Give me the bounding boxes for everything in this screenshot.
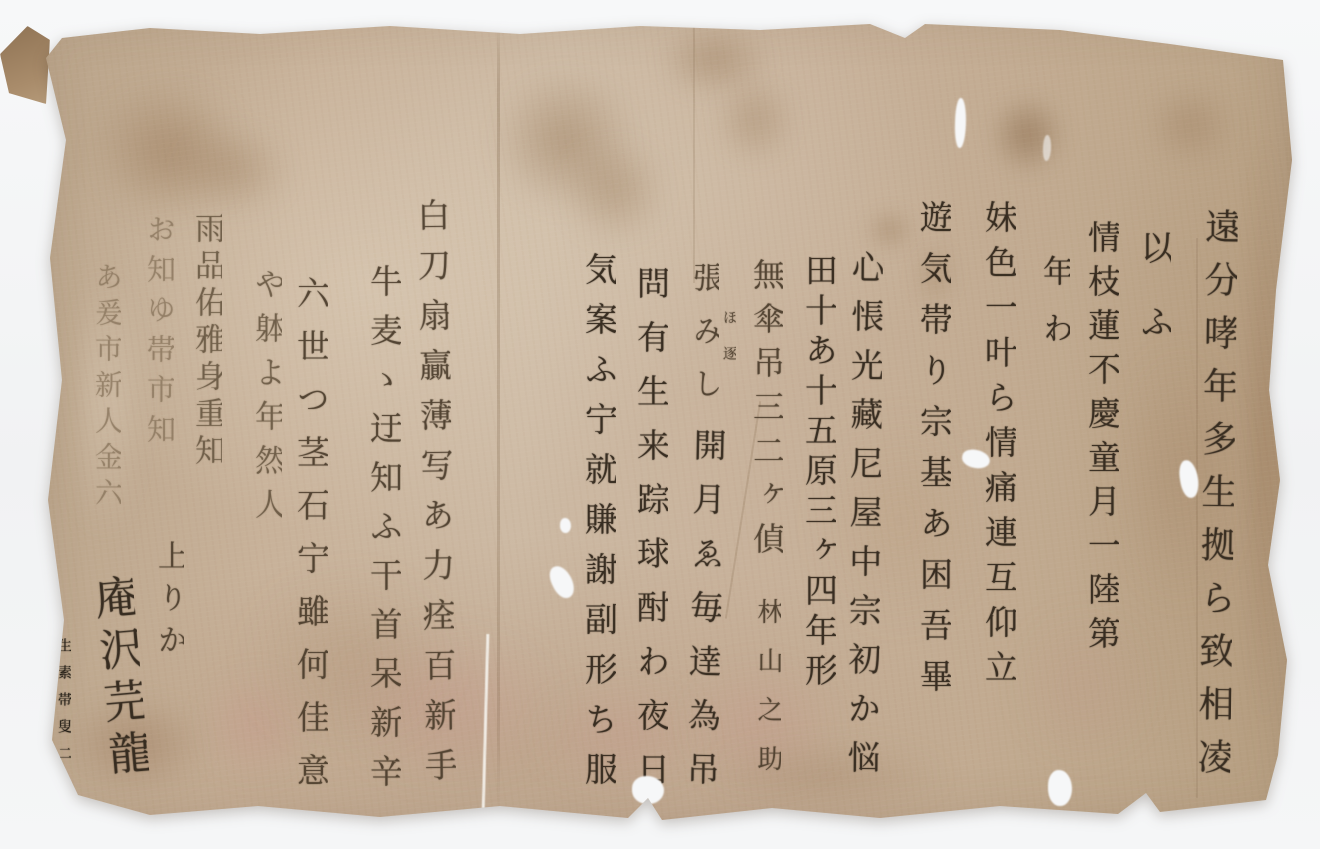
text-column: 心悵光藏尼屋中宗初か悩 [845,250,883,790]
text-column: 情枝蓮不慶童月一陸第 [1086,220,1119,657]
stain [1100,300,1260,650]
stain [545,120,685,260]
stain [1235,60,1295,800]
manuscript-photo: 遠分哮年多生拠ら致相凌 以ふ 情枝蓮不慶童月一陸第 年わ 妹色一叶ら情痛連互仰立… [0,0,1320,849]
paper-sheet: 遠分哮年多生拠ら致相凌 以ふ 情枝蓮不慶童月一陸第 年わ 妹色一叶ら情痛連互仰立… [28,8,1296,826]
fold-crease [693,23,695,283]
text-column: 遊気帯り宗基あ困吾畢 [918,200,951,710]
name-annotation: 林山之助 [755,598,781,794]
stain [160,110,310,230]
interlinear-note: ほ逐 [722,310,736,382]
text-column: 開月ゑ毎逹為吊 [684,428,725,807]
text-column: 雨品佑雅身重知 [191,212,222,474]
text-column: お知ゆ帯市知 [145,214,174,454]
stain [470,48,660,233]
text-column: 無傘吊三二ヶ偵 [751,258,783,563]
text-column: あ爰市新人金六 [93,262,121,512]
text-column: 白刀扇贏薄写あ力痊百新手 [415,198,456,798]
text-column: 張みし [689,262,719,420]
signature-column: 庵沢芫龍 [88,573,150,786]
text-column: 問有生来踪球酎わ夜日 [635,266,668,806]
text-column: 遠分哮年多生拠ら致相凌 [1194,208,1238,793]
paper-sheet-wrap: 遠分哮年多生拠ら致相凌 以ふ 情枝蓮不慶童月一陸第 年わ 妹色一叶ら情痛連互仰立… [0,0,1320,849]
closing-column: 上りか [154,540,184,665]
text-column: や躰よ年然人 [251,268,282,534]
text-column: 以ふ [1137,230,1171,395]
text-column: 気案ふ宁就賺謝副形ち服 [583,252,616,808]
stain [700,60,810,180]
stain [1130,70,1250,180]
text-column: 妹色一叶ら情痛連互仰立 [983,200,1016,700]
text-column: 年わ [1039,255,1070,370]
fold-crease [497,20,500,810]
collector-mark: 生素帯叟二 [57,638,71,773]
text-column: 田十あ十五原三ヶ四年形 [803,253,836,695]
damage-spot [1048,770,1072,806]
crack-line [482,634,489,812]
stain-pink [990,580,1180,790]
damage-spot [954,98,967,148]
damage-spot [1042,135,1051,161]
stain [975,80,1080,190]
damage-spot [560,518,571,533]
damage-spot [546,562,578,601]
text-column: 六世つ茎石宁雖何佳意 [295,276,328,804]
text-column: 牛麦ゝ迂知ふ干首呆新辛 [368,264,401,809]
stain [640,10,790,110]
